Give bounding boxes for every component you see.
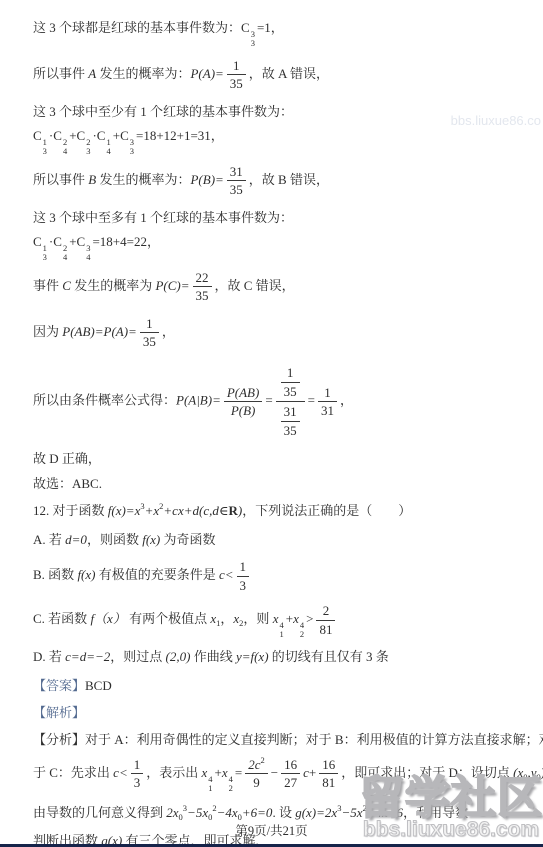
math-run: x (222, 765, 228, 780)
math-run: d=0 (65, 532, 87, 547)
math-run: −4x (217, 805, 238, 820)
math-run: = (265, 393, 272, 408)
math-run: =18+12+1=31， (136, 128, 224, 143)
math-run: C (120, 128, 129, 143)
math-run: f（x） (90, 611, 125, 626)
math-run: x (293, 611, 299, 626)
text-run: 所以事件 (33, 66, 88, 81)
solution-answer-choice: 故选：ABC. (33, 476, 515, 493)
numerator: 1 (227, 58, 246, 75)
text-run: 发生的概率为： (96, 172, 190, 187)
text-run: ， (220, 611, 233, 626)
denominator: P(B) (224, 401, 262, 419)
math-run: − (271, 765, 278, 780)
math-run: f(x) (142, 532, 160, 547)
fraction: 3135 (227, 164, 246, 198)
math-run: C (62, 278, 71, 293)
option-label: D. (33, 649, 46, 664)
math-run: = (308, 393, 315, 408)
text-run: 故选：ABC. (33, 476, 102, 491)
math-run: y=f(x) (236, 649, 269, 664)
math-run: c=d=−2 (65, 649, 110, 664)
fraction: 281 (316, 603, 335, 637)
text-run: 对于 A：利用奇偶性的定义直接判断；对于 B：利用极值的计算方法直接求解；对 (85, 732, 543, 747)
math-run: P(A|B)= (176, 393, 221, 408)
sup-sub: 13 (43, 138, 47, 156)
text-run: ，即可求出；对于 D：设切点 (341, 765, 513, 780)
numerator: 2 (316, 603, 335, 620)
question-12: 12. 对于函数 f(x)=x3+x2+cx+d(c,d∈R)，下列说法正确的是… (33, 503, 515, 520)
denominator: 9 (245, 773, 268, 791)
analysis-line-2: 于 C：先求出 c<13，表示出 x41+x42=2c29−1627c+1681… (33, 757, 515, 793)
math-run: C (33, 234, 42, 249)
sup-sub: 13 (43, 244, 47, 262)
text-run: 这 3 个球都是红球的基本事件数为： (33, 20, 241, 35)
math-run: +x (145, 503, 160, 518)
text-run: ，故 B 错误， (249, 172, 329, 187)
solution-line-8: 事件 C 发生的概率为 P(C)=2235，故 C 错误， (33, 270, 515, 304)
option-label: A. (33, 532, 46, 547)
math-run: g(x)=2x (295, 805, 337, 820)
math-run: −4x+6 (367, 805, 403, 820)
text-run: 若 (46, 649, 66, 664)
numerator: 1 (131, 757, 144, 774)
question-number: 12. (33, 503, 49, 518)
math-run: f(x)=x (108, 503, 141, 518)
math-run: + (215, 765, 222, 780)
math-run: + (69, 234, 76, 249)
sup-sub: 42 (229, 775, 233, 793)
math-run: R (228, 503, 237, 518)
math-run: c< (219, 567, 234, 582)
answer-line: 【答案】BCD (33, 678, 515, 695)
explanation-label: 【解析】 (33, 705, 85, 720)
math-run: +6=0 (242, 805, 273, 820)
text-run: 若 (46, 532, 66, 547)
numerator: 2c2 (245, 757, 268, 774)
sup-sub: 24 (63, 138, 67, 156)
numerator: 22 (193, 270, 212, 287)
numerator: 135 (276, 364, 305, 401)
math-run: =18+4=22， (92, 234, 160, 249)
fraction: 1681 (319, 757, 338, 791)
text-run: 对于函数 (49, 503, 108, 518)
analysis-line-1: 【分析】对于 A：利用奇偶性的定义直接判断；对于 B：利用极值的计算方法直接求解… (33, 732, 515, 749)
math-run: + (286, 611, 293, 626)
solution-line-1: 这 3 个球都是红球的基本事件数为：C33=1， (33, 20, 515, 48)
sup-sub: 42 (300, 621, 304, 639)
text-run: 故 D 正确， (33, 451, 101, 466)
denominator: 35 (140, 332, 159, 350)
fraction: 135 (227, 58, 246, 92)
text-run: 有极值的充要条件是 (95, 567, 219, 582)
fraction: 13 (237, 559, 250, 593)
answer-value: BCD (85, 678, 112, 693)
nested-fraction: 1353135 (276, 364, 305, 439)
sup-sub: 41 (208, 775, 212, 793)
explanation-label-line: 【解析】 (33, 705, 515, 722)
math-run: + (113, 128, 120, 143)
option-a: A. 若 d=0，则函数 f(x) 为奇函数 (33, 532, 515, 549)
text-run: 发生的概率为 (71, 278, 156, 293)
text-run: 这 3 个球中至多有 1 个红球的基本事件数为： (33, 210, 293, 225)
fraction: 135 (140, 316, 159, 350)
text-run: ，故 C 错误， (215, 278, 295, 293)
numerator: 1 (237, 559, 250, 576)
text-run: ，下列说法正确的是（ ） (242, 503, 411, 518)
denominator: 81 (319, 773, 338, 791)
option-d: D. 若 c=d=−2，则过点 (2,0) 作曲线 y=f(x) 的切线有且仅有… (33, 649, 515, 666)
math-run: C (53, 234, 62, 249)
denominator: 3 (131, 773, 144, 791)
math-run: C (241, 20, 250, 35)
text-run: 的切线有且仅有 3 条 (269, 649, 389, 664)
fraction: 135 (281, 365, 300, 399)
math-run: + (309, 765, 316, 780)
subscript: 0 (179, 812, 183, 822)
math-run: C (33, 128, 42, 143)
solution-line-4: C13·C24+C23·C14+C33=18+12+1=31， (33, 128, 515, 156)
math-run: P(C)= (155, 278, 189, 293)
numerator: P(AB) (224, 385, 262, 402)
text-run: 于 C：先求出 (33, 765, 113, 780)
text-run: 所以由条件概率公式得： (33, 393, 176, 408)
fraction: 2235 (193, 270, 212, 304)
math-run: + (69, 128, 76, 143)
page-number: 第9页/共21页 (0, 823, 543, 839)
math-run: −5x (341, 805, 362, 820)
numerator: 16 (319, 757, 338, 774)
math-run: +cx+d(c,d∈ (163, 503, 228, 518)
solution-line-11: 故 D 正确， (33, 451, 515, 468)
fraction: 131 (318, 385, 337, 419)
math-run: (2,0) (166, 649, 191, 664)
math-run: P(A)= (190, 66, 223, 81)
text-run: 为奇函数 (160, 532, 215, 547)
text-run: 所以事件 (33, 172, 88, 187)
math-run: P(B)= (190, 172, 223, 187)
numerator: 16 (281, 757, 300, 774)
text-run: ，故 A 错误， (249, 66, 329, 81)
sup-sub: 14 (106, 138, 110, 156)
math-run: P(AB)=P(A)= (62, 324, 137, 339)
math-run: −5x (187, 805, 208, 820)
subscript: 0 (208, 812, 212, 822)
denominator: 81 (316, 620, 335, 638)
solution-line-6: 这 3 个球中至多有 1 个红球的基本事件数为： (33, 210, 515, 227)
numerator: 31 (227, 164, 246, 181)
fraction: 2c29 (245, 757, 268, 791)
math-run: f(x) (77, 567, 95, 582)
fraction: 13 (131, 757, 144, 791)
option-label: C. (33, 611, 45, 626)
solution-line-5: 所以事件 B 发生的概率为：P(B)=3135，故 B 错误， (33, 164, 515, 198)
fraction: 3135 (281, 404, 300, 438)
numerator: 1 (318, 385, 337, 402)
text-run: ， (162, 324, 175, 339)
denominator: 3135 (276, 401, 305, 439)
answer-label: 【答案】 (33, 678, 85, 693)
math-run: ,y (527, 765, 536, 780)
text-run: 有两个极值点 (126, 611, 211, 626)
text-run: 作曲线 (190, 649, 236, 664)
text-run: 发生的概率为： (96, 66, 190, 81)
sup-sub: 24 (63, 244, 67, 262)
text-run: ，则过点 (110, 649, 165, 664)
denominator: 3 (237, 576, 250, 594)
numerator: 1 (140, 316, 159, 333)
option-b: B. 函数 f(x) 有极值的充要条件是 c<13 (33, 559, 515, 593)
math-run: C (53, 128, 62, 143)
math-run: C (97, 128, 106, 143)
text-run: ，表示出 (146, 765, 201, 780)
math-run: > (306, 611, 313, 626)
solution-line-10: 所以由条件概率公式得：P(A|B)=P(AB)P(B)=1353135=131， (33, 364, 515, 439)
denominator: 35 (227, 74, 246, 92)
option-c: C. 若函数 f（x） 有两个极值点 x1，x2，则 x41+x42>281 (33, 603, 515, 639)
fraction: P(AB)P(B) (224, 385, 262, 419)
solution-line-9: 因为 P(AB)=P(A)=135， (33, 316, 515, 350)
watermark-top-url: bbs.liuxue86.co (451, 113, 541, 130)
math-run: = (235, 765, 242, 780)
denominator: 27 (281, 773, 300, 791)
document-page: 这 3 个球都是红球的基本事件数为：C33=1， 所以事件 A 发生的概率为：P… (0, 0, 543, 847)
denominator: 31 (318, 401, 337, 419)
solution-line-3: 这 3 个球中至少有 1 个红球的基本事件数为： (33, 104, 515, 121)
sup-sub: 41 (279, 621, 283, 639)
option-label: B. (33, 567, 45, 582)
math-run: =1， (257, 20, 284, 35)
text-run: ， (340, 393, 353, 408)
analysis-label: 【分析】 (33, 732, 85, 747)
math-run: (x (513, 765, 523, 780)
math-run: x (201, 765, 207, 780)
denominator: 35 (227, 180, 246, 198)
sup-sub: 34 (86, 244, 90, 262)
math-run: 2x (166, 805, 178, 820)
analysis-line-3: 由导数的几何意义得到 2x03−5x02−4x0+6=0. 设 g(x)=2x3… (33, 805, 515, 822)
text-run: 由导数的几何意义得到 (33, 805, 166, 820)
text-run: ，则函数 (87, 532, 142, 547)
fraction: 1627 (281, 757, 300, 791)
sup-sub: 33 (251, 30, 255, 48)
sup-sub: 23 (86, 138, 90, 156)
sup-sub: 33 (130, 138, 134, 156)
text-run: 这 3 个球中至少有 1 个红球的基本事件数为： (33, 104, 293, 119)
text-run: ，利用导数 (403, 805, 468, 820)
math-run: C (77, 128, 86, 143)
denominator: 35 (193, 286, 212, 304)
text-run: 因为 (33, 324, 62, 339)
solution-line-7: C13·C24+C34=18+4=22， (33, 234, 515, 262)
text-run: ，则 (243, 611, 272, 626)
math-run: C (77, 234, 86, 249)
math-run: c< (113, 765, 128, 780)
text-run: . 设 (272, 805, 295, 820)
math-run: x (273, 611, 279, 626)
text-run: 事件 (33, 278, 62, 293)
solution-line-2: 所以事件 A 发生的概率为：P(A)=135，故 A 错误， (33, 58, 515, 92)
text-run: 函数 (45, 567, 78, 582)
text-run: 若函数 (45, 611, 91, 626)
